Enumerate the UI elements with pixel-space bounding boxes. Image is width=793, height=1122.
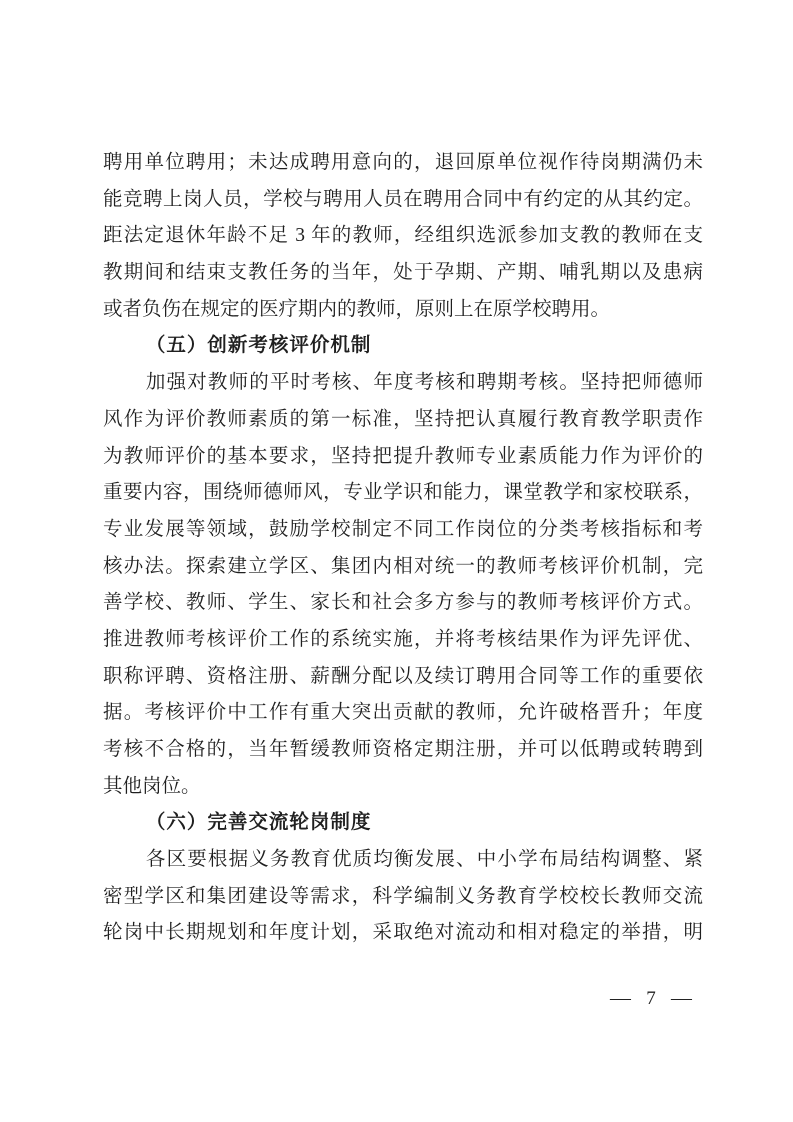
text-line: 推进教师考核评价工作的系统实施，并将考核结果作为评先评优、 [103,622,703,659]
page-footer: — 7 — [596,984,706,1014]
text-line: 为教师评价的基本要求，坚持把提升教师专业素质能力作为评价的 [103,439,703,476]
text-line: 核办法。探索建立学区、集团内相对统一的教师考核评价机制，完 [103,549,703,586]
footer-right-dash: — [671,988,692,1010]
text-line: 各区要根据义务教育优质均衡发展、中小学布局结构调整、紧 [103,842,703,879]
text-line: 距法定退休年龄不足 3 年的教师，经组织选派参加支教的教师在支 [103,218,703,255]
text-line: 能竞聘上岗人员，学校与聘用人员在聘用合同中有约定的从其约定。 [103,182,703,219]
text-line: 轮岗中长期规划和年度计划，采取绝对流动和相对稳定的举措，明 [103,915,703,952]
text-line: 职称评聘、资格注册、薪酬分配以及续订聘用合同等工作的重要依 [103,659,703,696]
text-line: 聘用单位聘用；未达成聘用意向的，退回原单位视作待岗期满仍未 [103,145,703,182]
document-page: 聘用单位聘用；未达成聘用意向的，退回原单位视作待岗期满仍未能竞聘上岗人员，学校与… [0,0,793,1122]
text-line: 考核不合格的，当年暂缓教师资格定期注册，并可以低聘或转聘到 [103,732,703,769]
text-line: 加强对教师的平时考核、年度考核和聘期考核。坚持把师德师 [103,365,703,402]
section-heading: （五）创新考核评价机制 [103,328,703,365]
text-line: 风作为评价教师素质的第一标准，坚持把认真履行教育教学职责作 [103,402,703,439]
text-line: 重要内容，围绕师德师风，专业学识和能力，课堂教学和家校联系， [103,475,703,512]
text-line: 密型学区和集团建设等需求，科学编制义务教育学校校长教师交流 [103,879,703,916]
text-line: 或者负伤在规定的医疗期内的教师，原则上在原学校聘用。 [103,292,703,329]
footer-left-dash: — [610,988,631,1010]
section-heading: （六）完善交流轮岗制度 [103,805,703,842]
text-line: 专业发展等领域，鼓励学校制定不同工作岗位的分类考核指标和考 [103,512,703,549]
text-line: 善学校、教师、学生、家长和社会多方参与的教师考核评价方式。 [103,585,703,622]
text-line: 教期间和结束支教任务的当年，处于孕期、产期、哺乳期以及患病 [103,255,703,292]
text-line: 据。考核评价中工作有重大突出贡献的教师，允许破格晋升；年度 [103,695,703,732]
document-body: 聘用单位聘用；未达成聘用意向的，退回原单位视作待岗期满仍未能竞聘上岗人员，学校与… [103,145,703,952]
page-number: 7 [646,988,656,1010]
text-line: 其他岗位。 [103,769,703,806]
